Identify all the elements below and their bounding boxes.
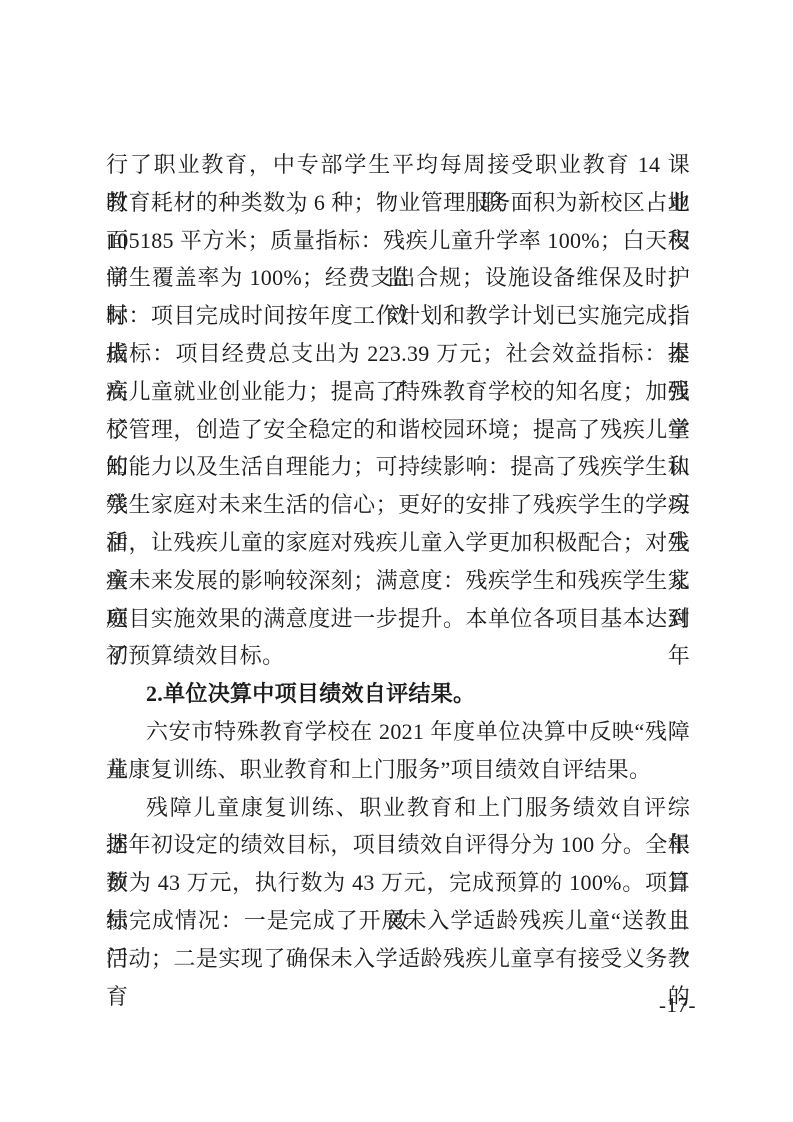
text-line: 据年初设定的绩效目标，项目绩效自评得分为 100 分。全年预算 — [106, 826, 690, 864]
text-line: 行了职业教育，中专部学生平均每周接受职业教育 14 课时，职业 — [106, 146, 690, 184]
text-line: 105185 平方米；质量指标：残疾儿童升学率 100%；白天夜间监护 — [106, 222, 690, 260]
paragraph-first-line: 六安市特殊教育学校在 2021 年度单位决算中反映“残障儿 — [106, 713, 690, 751]
document-body-text: 行了职业教育，中专部学生平均每周接受职业教育 14 课时，职业 教育耗材的种类数… — [106, 146, 690, 978]
document-page: 行了职业教育，中专部学生平均每周接受职业教育 14 课时，职业 教育耗材的种类数… — [0, 0, 793, 1122]
page-number: -17- — [106, 992, 696, 1018]
text-line: 学生覆盖率为 100%；经费支出合规；设施设备维保及时；时效指 — [106, 259, 690, 297]
text-line: 活动；二是实现了确保未入学适龄残疾儿童享有接受义务教育的 — [106, 940, 690, 978]
text-line: 校管理，创造了安全稳定的和谐校园环境；提高了残疾儿童的认 — [106, 411, 690, 449]
paragraph-last-line: 童康复训练、职业教育和上门服务”项目绩效自评结果。 — [106, 751, 690, 789]
text-line: 知能力以及生活自理能力；可持续影响：提高了残疾学生和残疾 — [106, 448, 690, 486]
text-line: 项目实施效果的满意度进一步提升。本单位各项目基本达到了年 — [106, 600, 690, 638]
text-line: 标完成情况：一是完成了开展未入学适龄残疾儿童“送教上门” — [106, 902, 690, 940]
text-line: 疾儿童就业创业能力；提高了特殊教育学校的知名度；加强了学 — [106, 373, 690, 411]
paragraph-first-line: 残障儿童康复训练、职业教育和上门服务绩效自评综述：根 — [106, 789, 690, 827]
section-heading: 2.单位决算中项目绩效自评结果。 — [106, 675, 690, 713]
text-line: 标：项目完成时间按年度工作计划和教学计划已实施完成；成本 — [106, 297, 690, 335]
text-line: 数为 43 万元，执行数为 43 万元，完成预算的 100%。项目绩效目 — [106, 864, 690, 902]
text-line: 活，让残疾儿童的家庭对残疾儿童入学更加积极配合；对残疾儿 — [106, 524, 690, 562]
text-line: 指标：项目经费总支出为 223.39 万元；社会效益指标：提高了残 — [106, 335, 690, 373]
text-line: 学生家庭对未来生活的信心；更好的安排了残疾学生的学习和生 — [106, 486, 690, 524]
text-line: 教育耗材的种类数为 6 种；物业管理服务面积为新校区占地面积 — [106, 184, 690, 222]
text-line: 童未来发展的影响较深刻；满意度：残疾学生和残疾学生家庭对 — [106, 562, 690, 600]
